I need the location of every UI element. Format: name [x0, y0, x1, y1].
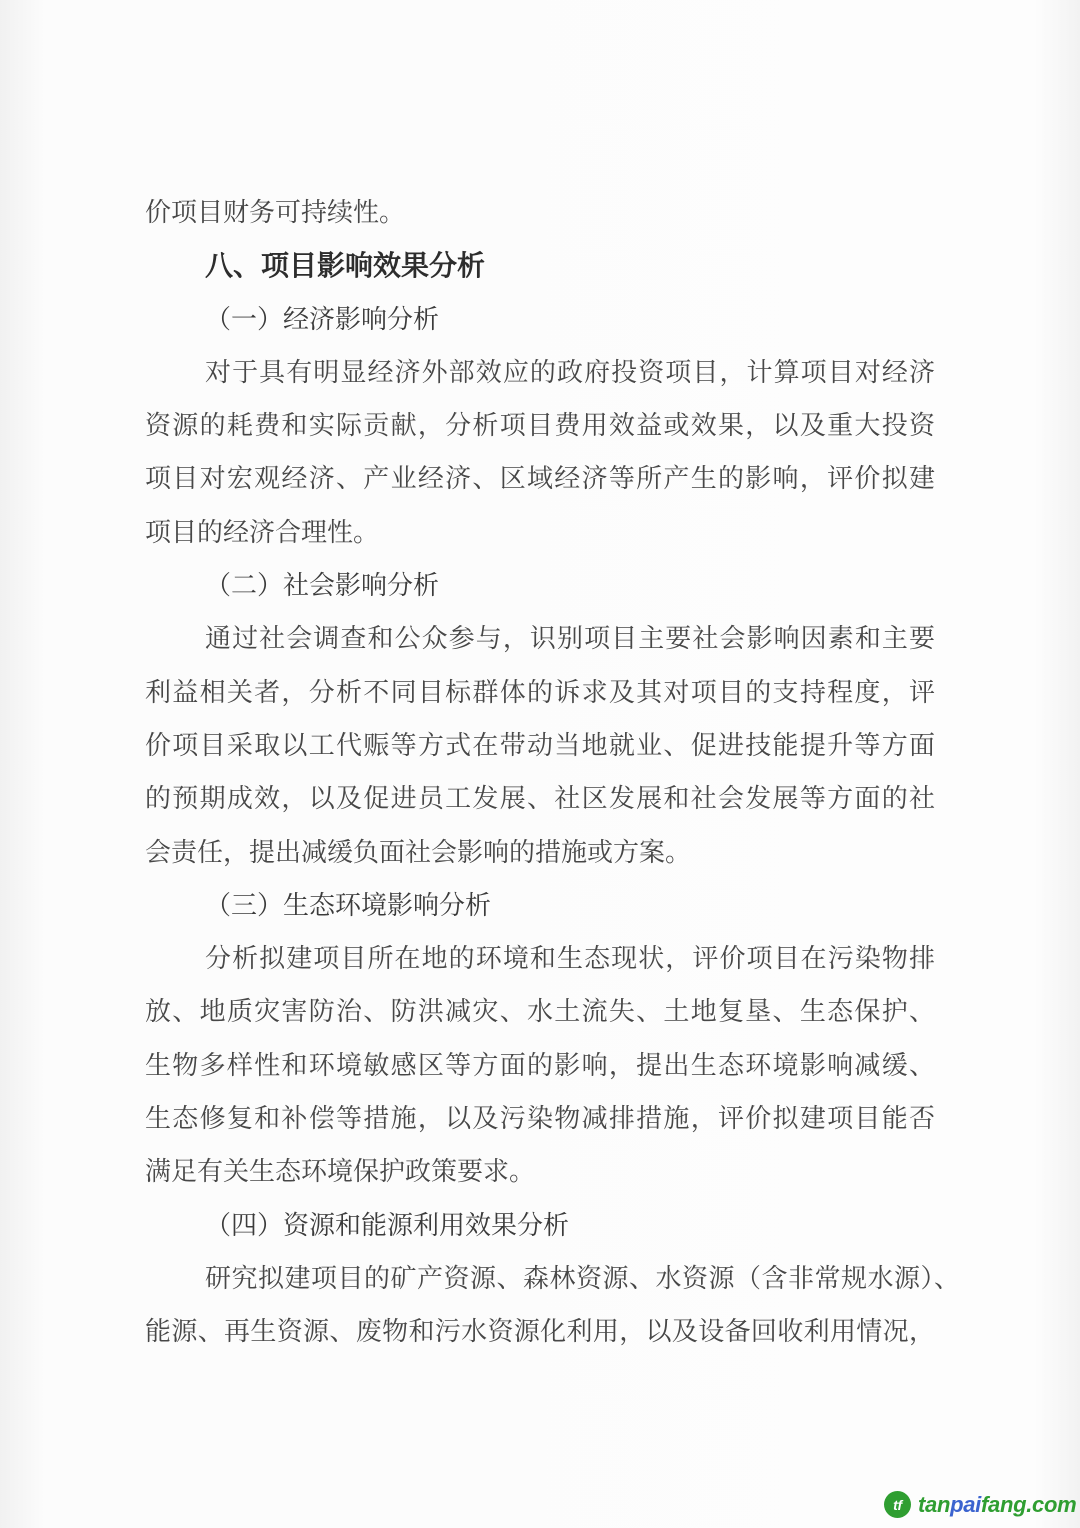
tanpaifang-logo-icon: tf	[884, 1491, 911, 1518]
text-line: 利益相关者，分析不同目标群体的诉求及其对项目的支持程度，评	[145, 666, 935, 719]
text-line: 生物多样性和环境敏感区等方面的影响，提出生态环境影响减缓、	[145, 1039, 935, 1092]
watermark-text-tan: tan	[918, 1492, 950, 1518]
text-line: 项目对宏观经济、产业经济、区域经济等所产生的影响，评价拟建	[145, 452, 935, 505]
subsection-heading: （四）资源和能源利用效果分析	[145, 1199, 935, 1252]
text-line: 通过社会调查和公众参与，识别项目主要社会影响因素和主要	[145, 612, 935, 665]
tanpaifang-watermark: tf tanpaifang.com	[884, 1491, 1076, 1518]
document-page: 价项目财务可持续性。 八、项目影响效果分析 （一）经济影响分析 对于具有明显经济…	[0, 0, 1080, 1528]
subsection-heading: （二）社会影响分析	[145, 559, 935, 612]
text-line: 的预期成效，以及促进员工发展、社区发展和社会发展等方面的社	[145, 772, 935, 825]
text-line: 资源的耗费和实际贡献，分析项目费用效益或效果，以及重大投资	[145, 399, 935, 452]
text-line: 对于具有明显经济外部效应的政府投资项目，计算项目对经济	[145, 346, 935, 399]
text-line: 研究拟建项目的矿产资源、森林资源、水资源（含非常规水源）、	[145, 1252, 960, 1305]
subsection-heading: （一）经济影响分析	[145, 293, 935, 346]
watermark-text-fang: fang.com	[981, 1492, 1076, 1518]
text-line: 能源、再生资源、废物和污水资源化利用，以及设备回收利用情况，	[145, 1305, 935, 1358]
subsection-heading: （三）生态环境影响分析	[145, 879, 935, 932]
text-line: 满足有关生态环境保护政策要求。	[145, 1145, 935, 1198]
document-body: 价项目财务可持续性。 八、项目影响效果分析 （一）经济影响分析 对于具有明显经济…	[145, 186, 935, 1359]
text-line: 价项目财务可持续性。	[145, 186, 935, 239]
section-heading: 八、项目影响效果分析	[145, 239, 935, 292]
text-line: 生态修复和补偿等措施，以及污染物减排措施，评价拟建项目能否	[145, 1092, 935, 1145]
text-line: 项目的经济合理性。	[145, 506, 935, 559]
text-line: 分析拟建项目所在地的环境和生态现状，评价项目在污染物排	[145, 932, 935, 985]
text-line: 会责任，提出减缓负面社会影响的措施或方案。	[145, 826, 935, 879]
watermark-text-pai: pai	[950, 1492, 981, 1518]
text-line: 放、地质灾害防治、防洪减灾、水土流失、土地复垦、生态保护、	[145, 985, 935, 1038]
text-line: 价项目采取以工代赈等方式在带动当地就业、促进技能提升等方面	[145, 719, 935, 772]
